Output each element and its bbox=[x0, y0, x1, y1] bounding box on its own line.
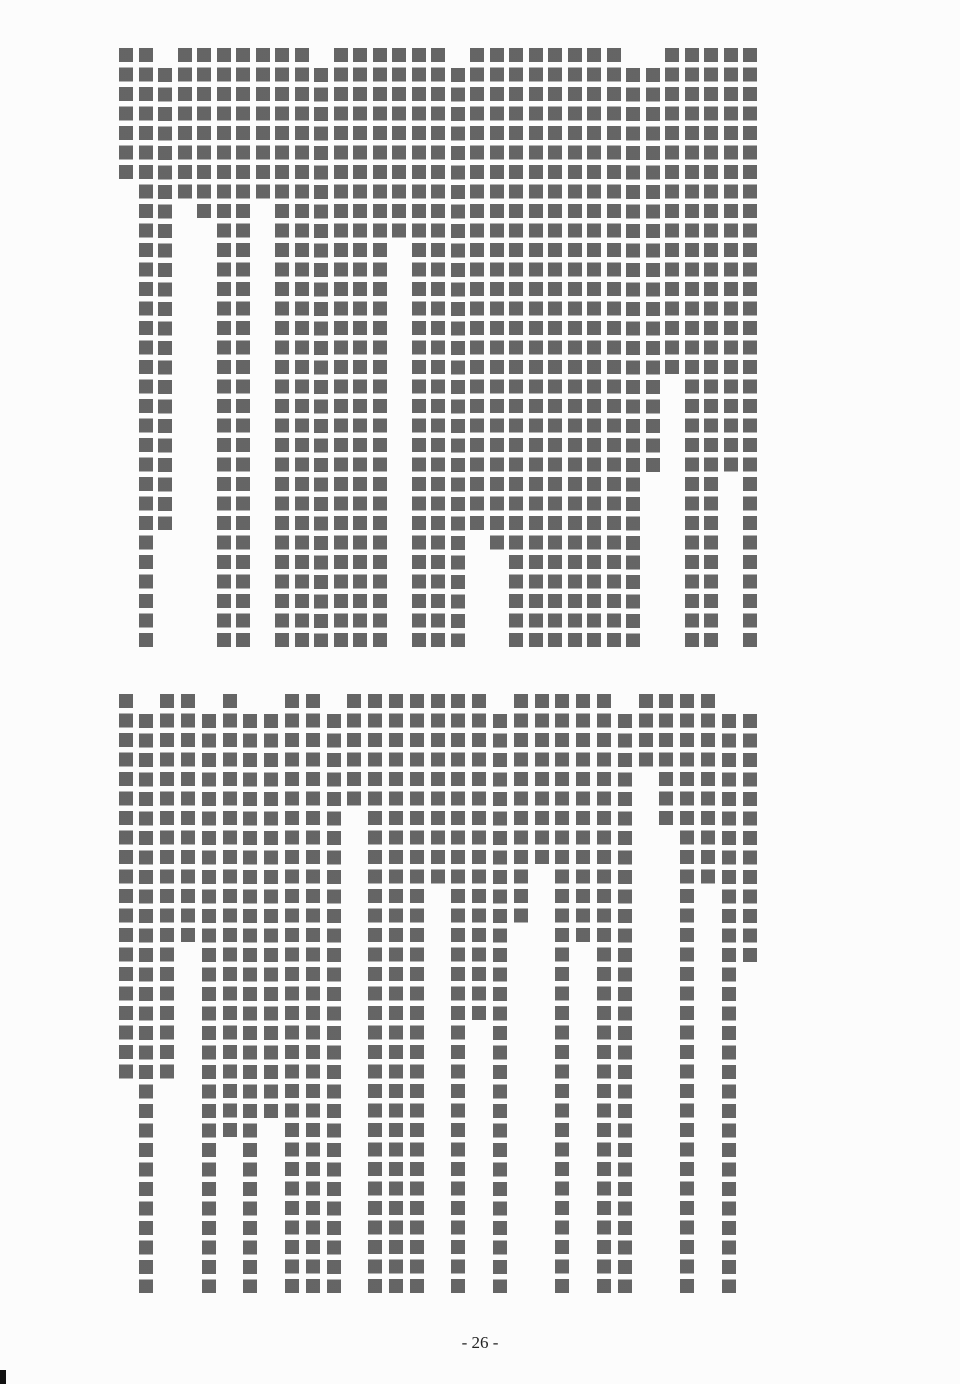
redacted-text-run bbox=[410, 694, 424, 1293]
text-column bbox=[682, 48, 702, 660]
redacted-text-run bbox=[314, 68, 328, 648]
redacted-text-run bbox=[202, 714, 216, 1294]
text-column bbox=[677, 694, 698, 1314]
redacted-text-run bbox=[490, 48, 504, 550]
redacted-text-run bbox=[509, 48, 523, 647]
redacted-text-run bbox=[597, 694, 611, 1293]
redacted-text-run bbox=[223, 694, 237, 1137]
text-column bbox=[510, 694, 531, 1314]
redacted-text-run bbox=[178, 48, 192, 199]
redacted-text-run bbox=[646, 68, 660, 472]
redacted-text-run bbox=[347, 694, 361, 806]
text-column bbox=[531, 694, 552, 1314]
text-column bbox=[614, 694, 635, 1314]
text-column bbox=[663, 48, 683, 660]
redacted-text-run bbox=[704, 48, 718, 647]
text-column bbox=[507, 48, 527, 660]
text-column bbox=[136, 694, 157, 1314]
redacted-text-run bbox=[529, 48, 543, 647]
redacted-text-run bbox=[139, 48, 153, 647]
text-column bbox=[386, 694, 407, 1314]
redacted-text-run bbox=[451, 68, 465, 648]
text-column bbox=[157, 694, 178, 1314]
text-column bbox=[240, 694, 261, 1314]
text-column bbox=[429, 48, 449, 660]
text-column bbox=[573, 694, 594, 1314]
text-column bbox=[234, 48, 254, 660]
text-column bbox=[468, 48, 488, 660]
redacted-text-run bbox=[451, 694, 465, 1293]
text-column bbox=[409, 48, 429, 660]
text-column bbox=[178, 694, 199, 1314]
redacted-text-run bbox=[217, 48, 231, 647]
text-column bbox=[635, 694, 656, 1314]
text-column bbox=[526, 48, 546, 660]
text-column bbox=[302, 694, 323, 1314]
redacted-text-run bbox=[701, 694, 715, 884]
redacted-text-run bbox=[306, 694, 320, 1293]
text-column bbox=[604, 48, 624, 660]
text-column bbox=[115, 694, 136, 1314]
text-column bbox=[624, 48, 644, 660]
text-column bbox=[643, 48, 663, 660]
text-column bbox=[136, 48, 156, 660]
redacted-text-run bbox=[373, 48, 387, 647]
redacted-text-run bbox=[472, 694, 486, 1020]
redacted-text-run bbox=[680, 694, 694, 1293]
upper-text-block bbox=[117, 48, 761, 660]
redacted-text-run bbox=[285, 694, 299, 1293]
redacted-text-run bbox=[275, 48, 289, 647]
text-column bbox=[344, 694, 365, 1314]
text-column bbox=[117, 48, 137, 660]
redacted-text-run bbox=[181, 694, 195, 942]
redacted-text-run bbox=[264, 714, 278, 1118]
text-column bbox=[214, 48, 234, 660]
page-number: - 26 - bbox=[0, 1333, 960, 1353]
redacted-text-run bbox=[639, 694, 653, 767]
text-column bbox=[427, 694, 448, 1314]
lower-text-block bbox=[115, 694, 760, 1314]
text-column bbox=[219, 694, 240, 1314]
redacted-text-run bbox=[243, 714, 257, 1294]
redacted-text-run bbox=[548, 48, 562, 647]
redacted-text-run bbox=[626, 68, 640, 648]
text-column bbox=[448, 694, 469, 1314]
text-column bbox=[490, 694, 511, 1314]
redacted-text-run bbox=[327, 714, 341, 1294]
text-column bbox=[585, 48, 605, 660]
redacted-text-run bbox=[368, 694, 382, 1293]
text-column bbox=[370, 48, 390, 660]
redacted-text-run bbox=[353, 48, 367, 647]
text-column bbox=[739, 694, 760, 1314]
text-column bbox=[273, 48, 293, 660]
redacted-text-run bbox=[334, 48, 348, 647]
redacted-text-run bbox=[236, 48, 250, 647]
redacted-text-run bbox=[493, 714, 507, 1294]
redacted-text-run bbox=[685, 48, 699, 647]
redacted-text-run bbox=[431, 48, 445, 647]
text-column bbox=[175, 48, 195, 660]
text-column bbox=[718, 694, 739, 1314]
redacted-text-run bbox=[256, 48, 270, 199]
text-column bbox=[552, 694, 573, 1314]
redacted-text-run bbox=[587, 48, 601, 647]
text-column bbox=[406, 694, 427, 1314]
text-column bbox=[546, 48, 566, 660]
redacted-text-run bbox=[295, 48, 309, 647]
text-column bbox=[261, 694, 282, 1314]
redacted-text-run bbox=[724, 48, 738, 472]
redacted-text-run bbox=[576, 694, 590, 942]
redacted-text-run bbox=[659, 694, 673, 825]
text-column bbox=[156, 48, 176, 660]
text-column bbox=[487, 48, 507, 660]
redacted-text-run bbox=[158, 68, 172, 531]
redacted-text-run bbox=[722, 714, 736, 1294]
redacted-text-run bbox=[607, 48, 621, 647]
text-column bbox=[448, 48, 468, 660]
text-column bbox=[721, 48, 741, 660]
redacted-text-run bbox=[160, 694, 174, 1079]
redacted-text-run bbox=[119, 48, 133, 179]
redacted-text-run bbox=[389, 694, 403, 1293]
redacted-text-run bbox=[665, 48, 679, 374]
text-column bbox=[702, 48, 722, 660]
redacted-text-run bbox=[197, 48, 211, 218]
text-column bbox=[253, 48, 273, 660]
redacted-text-run bbox=[139, 714, 153, 1294]
text-column bbox=[331, 48, 351, 660]
text-column bbox=[565, 48, 585, 660]
redacted-text-run bbox=[555, 694, 569, 1293]
text-column bbox=[656, 694, 677, 1314]
text-column bbox=[741, 48, 761, 660]
redacted-text-run bbox=[568, 48, 582, 647]
redacted-text-run bbox=[392, 48, 406, 238]
redacted-text-run bbox=[618, 714, 632, 1294]
redacted-text-run bbox=[470, 48, 484, 530]
text-column bbox=[198, 694, 219, 1314]
text-column bbox=[390, 48, 410, 660]
text-column bbox=[594, 694, 615, 1314]
text-column bbox=[195, 48, 215, 660]
text-column bbox=[312, 48, 332, 660]
redacted-text-run bbox=[514, 694, 528, 923]
redacted-text-run bbox=[431, 694, 445, 884]
redacted-text-run bbox=[535, 694, 549, 864]
redacted-text-run bbox=[412, 48, 426, 647]
text-column bbox=[282, 694, 303, 1314]
text-column bbox=[698, 694, 719, 1314]
text-column bbox=[351, 48, 371, 660]
redacted-text-run bbox=[743, 714, 757, 962]
text-column bbox=[469, 694, 490, 1314]
redacted-text-run bbox=[743, 48, 757, 647]
scan-edge-mark bbox=[0, 1370, 6, 1384]
text-column bbox=[292, 48, 312, 660]
text-column bbox=[323, 694, 344, 1314]
redacted-text-run bbox=[119, 694, 133, 1079]
text-column bbox=[365, 694, 386, 1314]
